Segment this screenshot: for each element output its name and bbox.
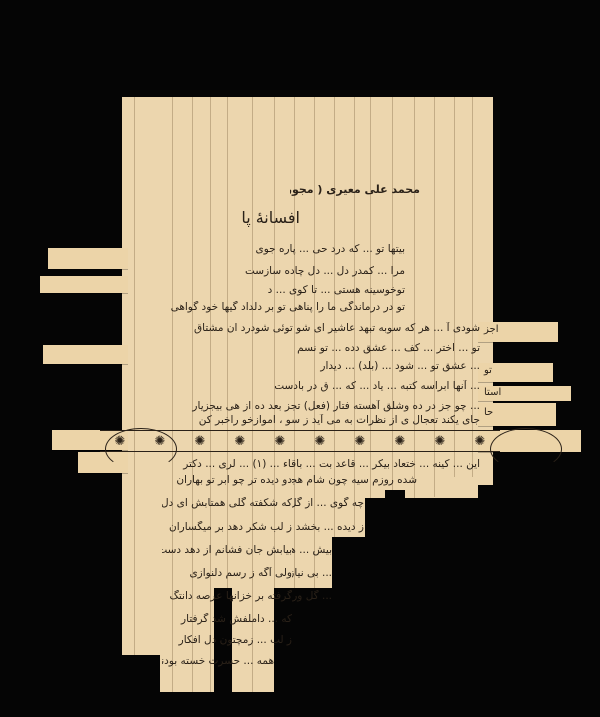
poem-left-line: بیابش جان فشانم از دهد دست (162, 544, 292, 556)
poem-left-line: ز لب ... زمچتون دل افکار (162, 634, 292, 646)
text-line: مرا ... کمدر دل ... دل چاده سازست (125, 265, 405, 277)
page-title: افسانهٔ پا (240, 208, 300, 227)
star-ornament-icon: ✺ (275, 434, 286, 449)
text-line: بیتها تو ... که درد حی ... پاره جوی (125, 243, 405, 255)
strip-text: اجز (484, 324, 498, 335)
star-ornament-icon: ✺ (235, 434, 246, 449)
poem-right-line: بیش ... هی بست (292, 544, 332, 556)
star-ornament-icon: ✺ (395, 434, 406, 449)
text-line: جای یکند تعجال ی از نظرات به می آید ز سو… (125, 414, 480, 426)
cutout (315, 630, 355, 717)
cut-line (172, 97, 173, 692)
poem-left-line: ولی آگه ز رسم دلنوازی (162, 567, 292, 579)
star-ornament-icon: ✺ (195, 434, 206, 449)
left-strip (48, 248, 128, 269)
seal-ornament (490, 428, 562, 470)
poem-left-line: همه ... حسرت خسته بودند (162, 655, 274, 667)
star-ornament-icon: ✺ (315, 434, 326, 449)
ornamental-border: ✺ ✺ ✺ ✺ ✺ ✺ ✺ ✺ ✺ ✺ (100, 430, 500, 452)
poem-right-line: ... بی نیازی (292, 567, 332, 579)
author-line: محمد علی معیری ( مجور ) (290, 183, 420, 196)
poem-left-line: گرفته بر خزانها عرصه دانتگ (162, 590, 292, 602)
strip-text: تو (484, 365, 492, 376)
poem-left-line: دو دیده تر چو ابر تو بهاران (162, 474, 292, 486)
star-ornament-icon: ✺ (115, 434, 126, 449)
poem-left-line: که ... داملفش شد گرفتار (162, 613, 292, 625)
cut-line (192, 97, 193, 692)
cut-line (252, 97, 253, 692)
cut-line (392, 97, 393, 537)
text-line: شودی آ ... هر که سوبه تبهد عاشیر ای شو ت… (125, 322, 480, 334)
cut-line (370, 97, 371, 537)
cutout (440, 548, 494, 608)
text-line: توخوسینه هستی ... تا کوی ... د (125, 284, 405, 296)
poem-left-line: که شکفته گلی همتابش ای دل (162, 497, 292, 509)
cutout (214, 588, 232, 717)
star-ornament-icon: ✺ (155, 434, 166, 449)
star-ornament-icon: ✺ (355, 434, 366, 449)
cut-line (210, 97, 211, 692)
star-ornament-icon: ✺ (435, 434, 446, 449)
strip-text: استا (484, 387, 501, 398)
poem-left-line: ز لب شکر دهد بر میگساران (162, 521, 292, 533)
text-line: تو ... اختر ... کف ... عشق دده ... تو نس… (125, 342, 480, 354)
left-strip (43, 345, 128, 364)
poem-right-line: ... گل ورنگ (292, 590, 332, 602)
cutout (385, 490, 405, 540)
poem-right-line: شده روزم سیه چون شام هجران (292, 474, 417, 486)
star-ornament-icon: ✺ (475, 434, 486, 449)
text-line: ... عشق تو ... شود ... (بلد) ... دیدار (125, 360, 480, 372)
cutout (478, 485, 494, 525)
text-line: این ... کینه ... ختعاد بیکر ... قاعد بت … (125, 458, 480, 470)
poem-right-line: چه گوی ... از گل زیبایش ای دل (292, 497, 364, 509)
text-line: تو در درماندگی ما را پناهی تو بر دلداد گ… (125, 301, 405, 313)
cutout (122, 655, 160, 717)
left-strip (40, 276, 128, 293)
poem-right-line: ز دیده ... بخشد بر خماران (292, 521, 364, 533)
strip-text: حا (484, 407, 493, 418)
text-line: ... چو جز در ده وشلق آهسته فتار (فعل) تج… (125, 400, 480, 412)
text-line: ... آنها ابراسه کتبه ... یاد ... که ... … (125, 380, 480, 392)
